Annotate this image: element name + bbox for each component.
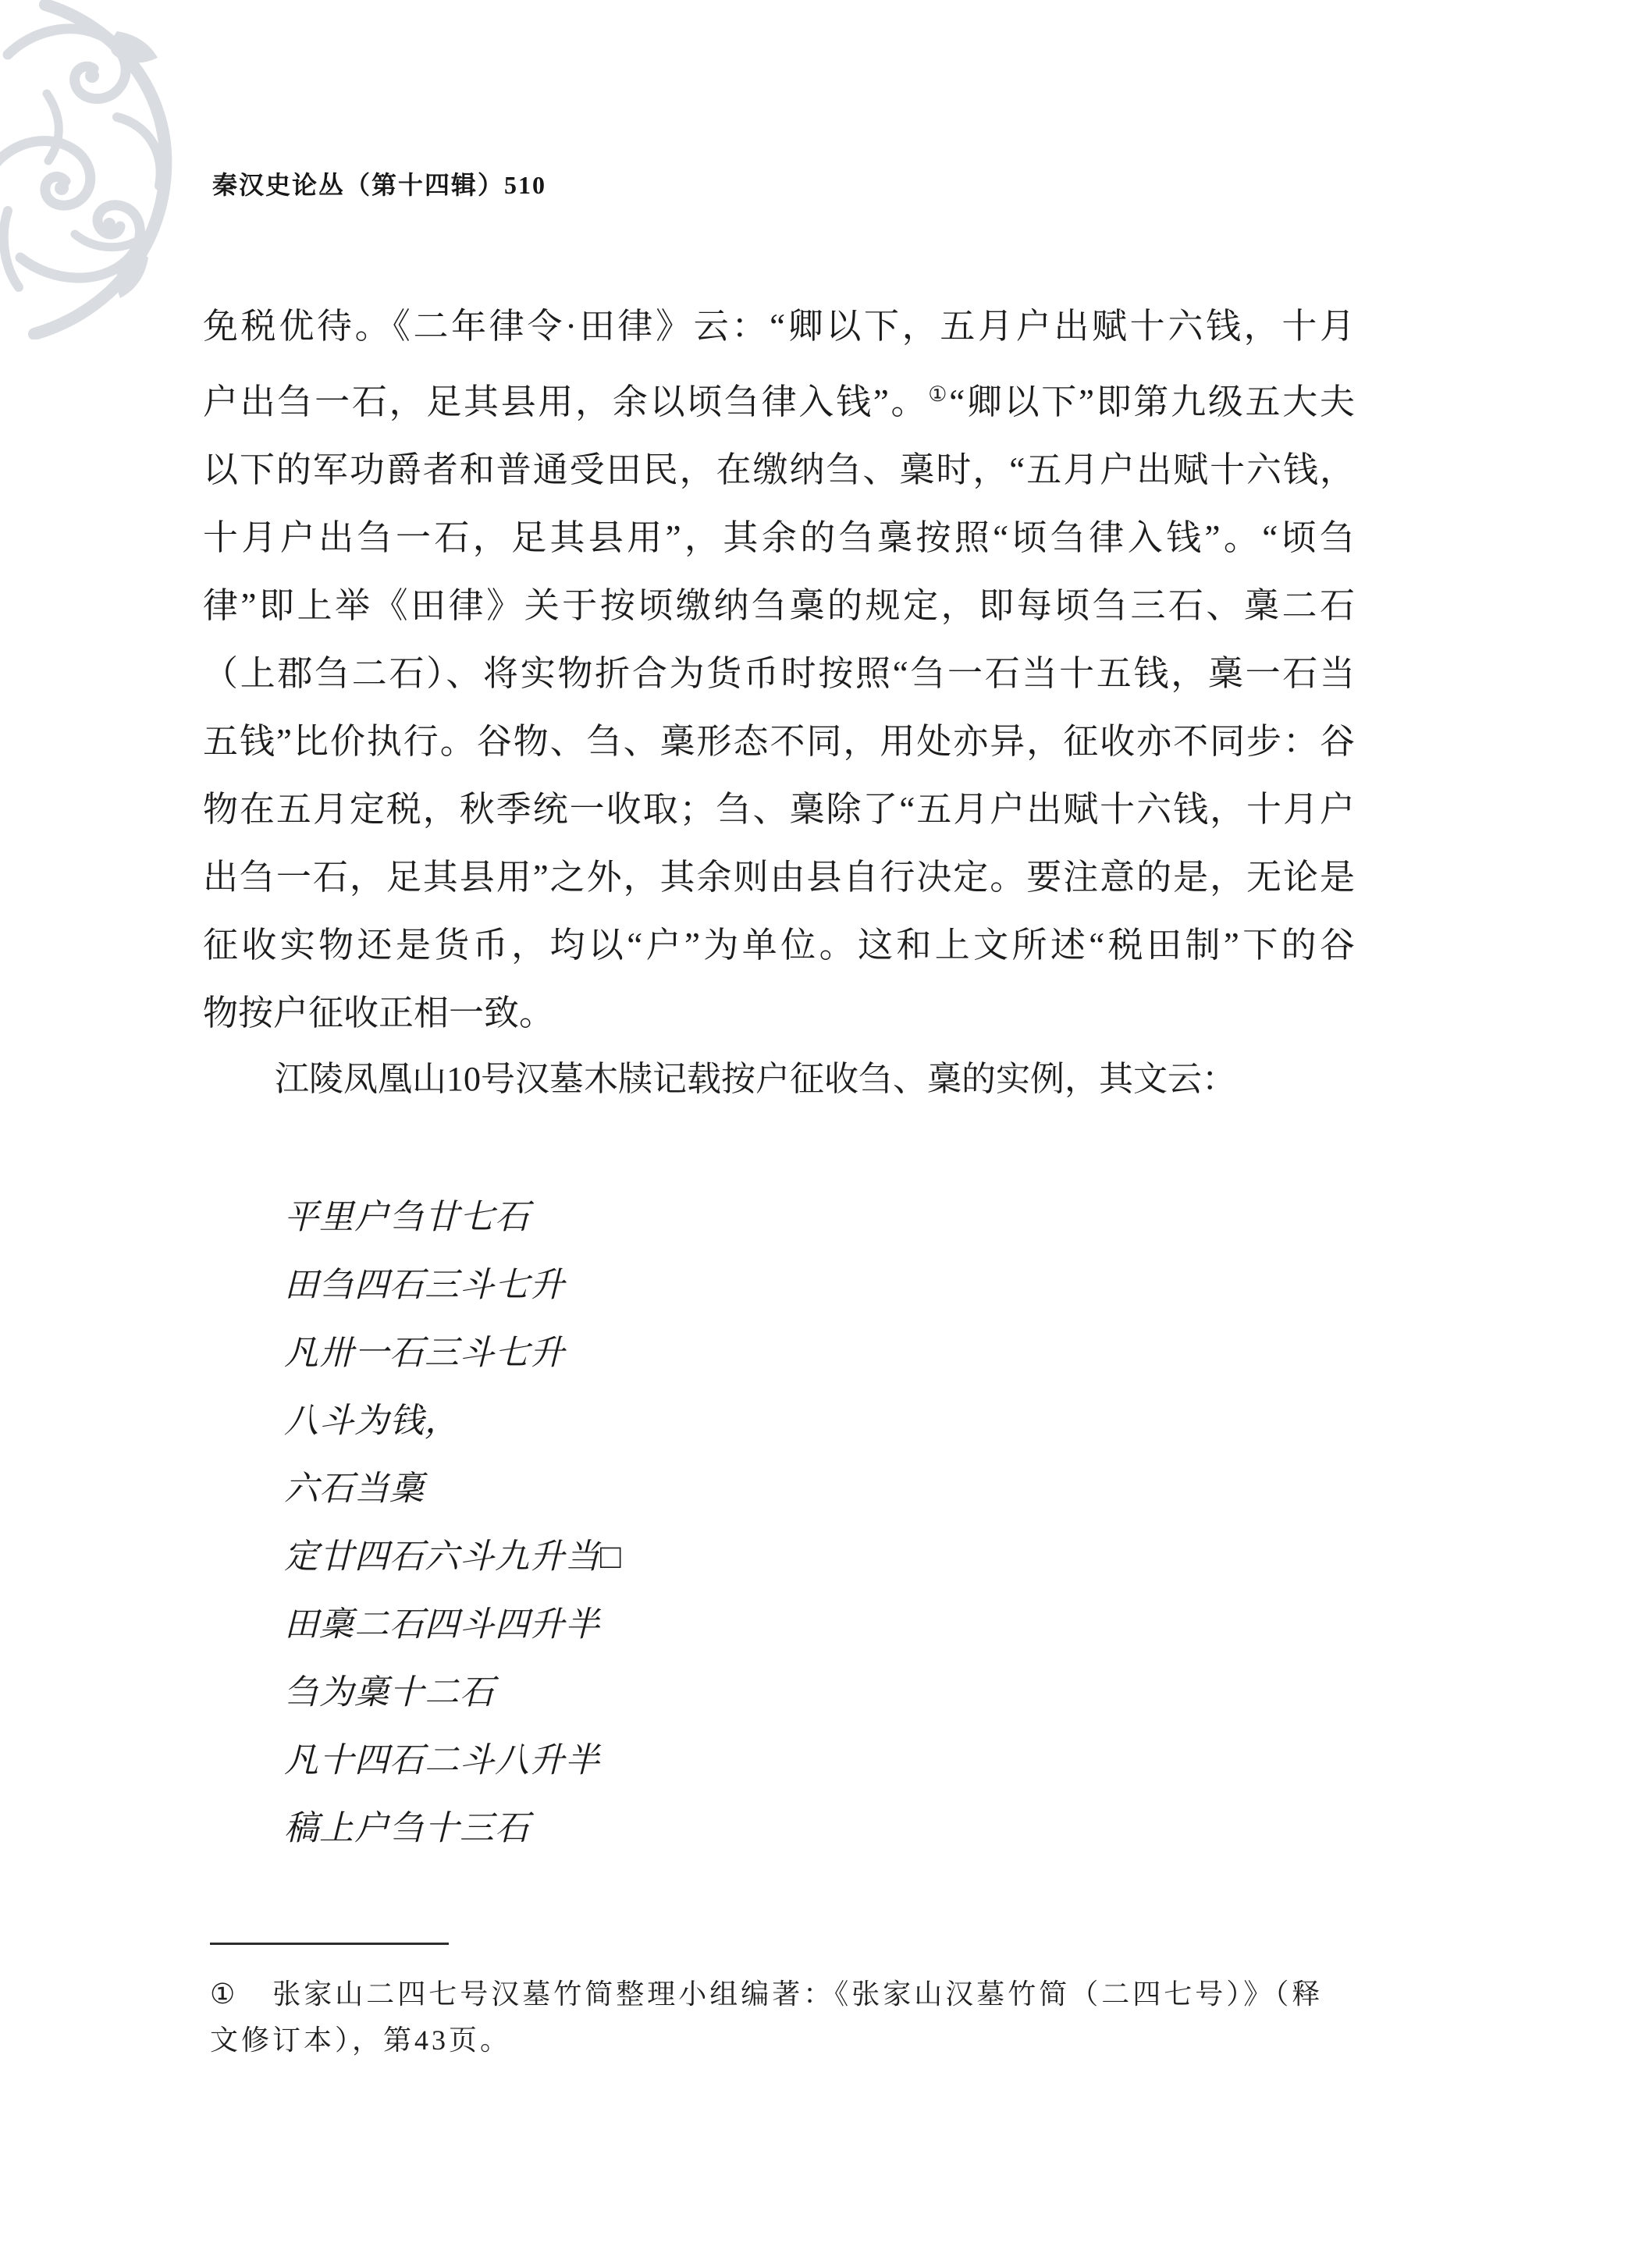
quote-line: 六石当稾 [284, 1455, 1299, 1523]
corner-ornament-icon [0, 0, 199, 339]
body-paragraph: 免税优待。《二年律令·田律》云：“卿以下，五月户出赋十六钱，十月 户出刍一石，足… [203, 293, 1355, 1047]
quote-line: 田稾二石四斗四升半 [284, 1591, 1299, 1658]
body-line: （上郡刍二石）、将实物折合为货币时按照“刍一石当十五钱，稾一石当 [203, 640, 1355, 708]
body-line: 户出刍一石，足其县用，余以顷刍律入钱”。①“卿以下”即第九级五大夫 [203, 361, 1355, 436]
footnote-marker: ① [210, 1978, 238, 2010]
footnote: ①张家山二四七号汉墓竹简整理小组编著：《张家山汉墓竹简（二四七号）》（释 文修订… [210, 1971, 1381, 2064]
page: 秦汉史论丛（第十四辑）510 免税优待。《二年律令·田律》云：“卿以下，五月户出… [0, 0, 1628, 2268]
body-line: 征收实物还是货币，均以“户”为单位。这和上文所述“税田制”下的谷 [203, 912, 1355, 979]
footnote-ref: ① [928, 382, 949, 406]
body-line: 十月户出刍一石，足其县用”，其余的刍稾按照“顷刍律入钱”。“顷刍 [203, 504, 1355, 572]
body-line: 以下的军功爵者和普通受田民，在缴纳刍、稾时，“五月户出赋十六钱， [203, 436, 1355, 504]
body-line: 律”即上举《田律》关于按顷缴纳刍稾的规定，即每顷刍三石、稾二石 [203, 572, 1355, 640]
body-line: 五钱”比价执行。谷物、刍、稾形态不同，用处亦异，征收亦不同步：谷 [203, 708, 1355, 776]
quote-line: 凡卅一石三斗七升 [284, 1319, 1299, 1387]
quote-line: 定廿四石六斗九升当□ [284, 1523, 1299, 1591]
footnote-rule [210, 1943, 449, 1945]
footnote-line: 文修订本），第43页。 [210, 2017, 1381, 2064]
footnote-line: ①张家山二四七号汉墓竹简整理小组编著：《张家山汉墓竹简（二四七号）》（释 [210, 1971, 1381, 2017]
corner-ornament [0, 0, 199, 343]
body-line: 物在五月定税，秋季统一收取；刍、稾除了“五月户出赋十六钱，十月户 [203, 776, 1355, 844]
page-header: 秦汉史论丛（第十四辑）510 [212, 170, 546, 200]
quote-line: 八斗为钱， [284, 1387, 1299, 1455]
body-line-text: 户出刍一石，足其县用，余以顷刍律入钱”。 [203, 382, 928, 421]
quote-line: 田刍四石三斗七升 [284, 1251, 1299, 1319]
body-line-text: “卿以下”即第九级五大夫 [949, 382, 1355, 421]
quote-line: 凡十四石二斗八升半 [284, 1726, 1299, 1794]
body-line: 免税优待。《二年律令·田律》云：“卿以下，五月户出赋十六钱，十月 [203, 293, 1355, 361]
body-line: 物按户征收正相一致。 [203, 979, 1355, 1047]
body-line: 出刍一石，足其县用”之外，其余则由县自行决定。要注意的是，无论是 [203, 844, 1355, 912]
quote-line: 平里户刍廿七石 [284, 1183, 1299, 1251]
quote-block: 平里户刍廿七石 田刍四石三斗七升 凡卅一石三斗七升 八斗为钱， 六石当稾 定廿四… [284, 1183, 1299, 1862]
quote-line: 稿上户刍十三石 [284, 1794, 1299, 1862]
footnote-text: 张家山二四七号汉墓竹简整理小组编著：《张家山汉墓竹简（二四七号）》（释 [272, 1978, 1323, 2010]
quote-line: 刍为稾十二石 [284, 1658, 1299, 1726]
intro-line: 江陵凤凰山10号汉墓木牍记载按户征收刍、稾的实例，其文云： [203, 1045, 1389, 1113]
